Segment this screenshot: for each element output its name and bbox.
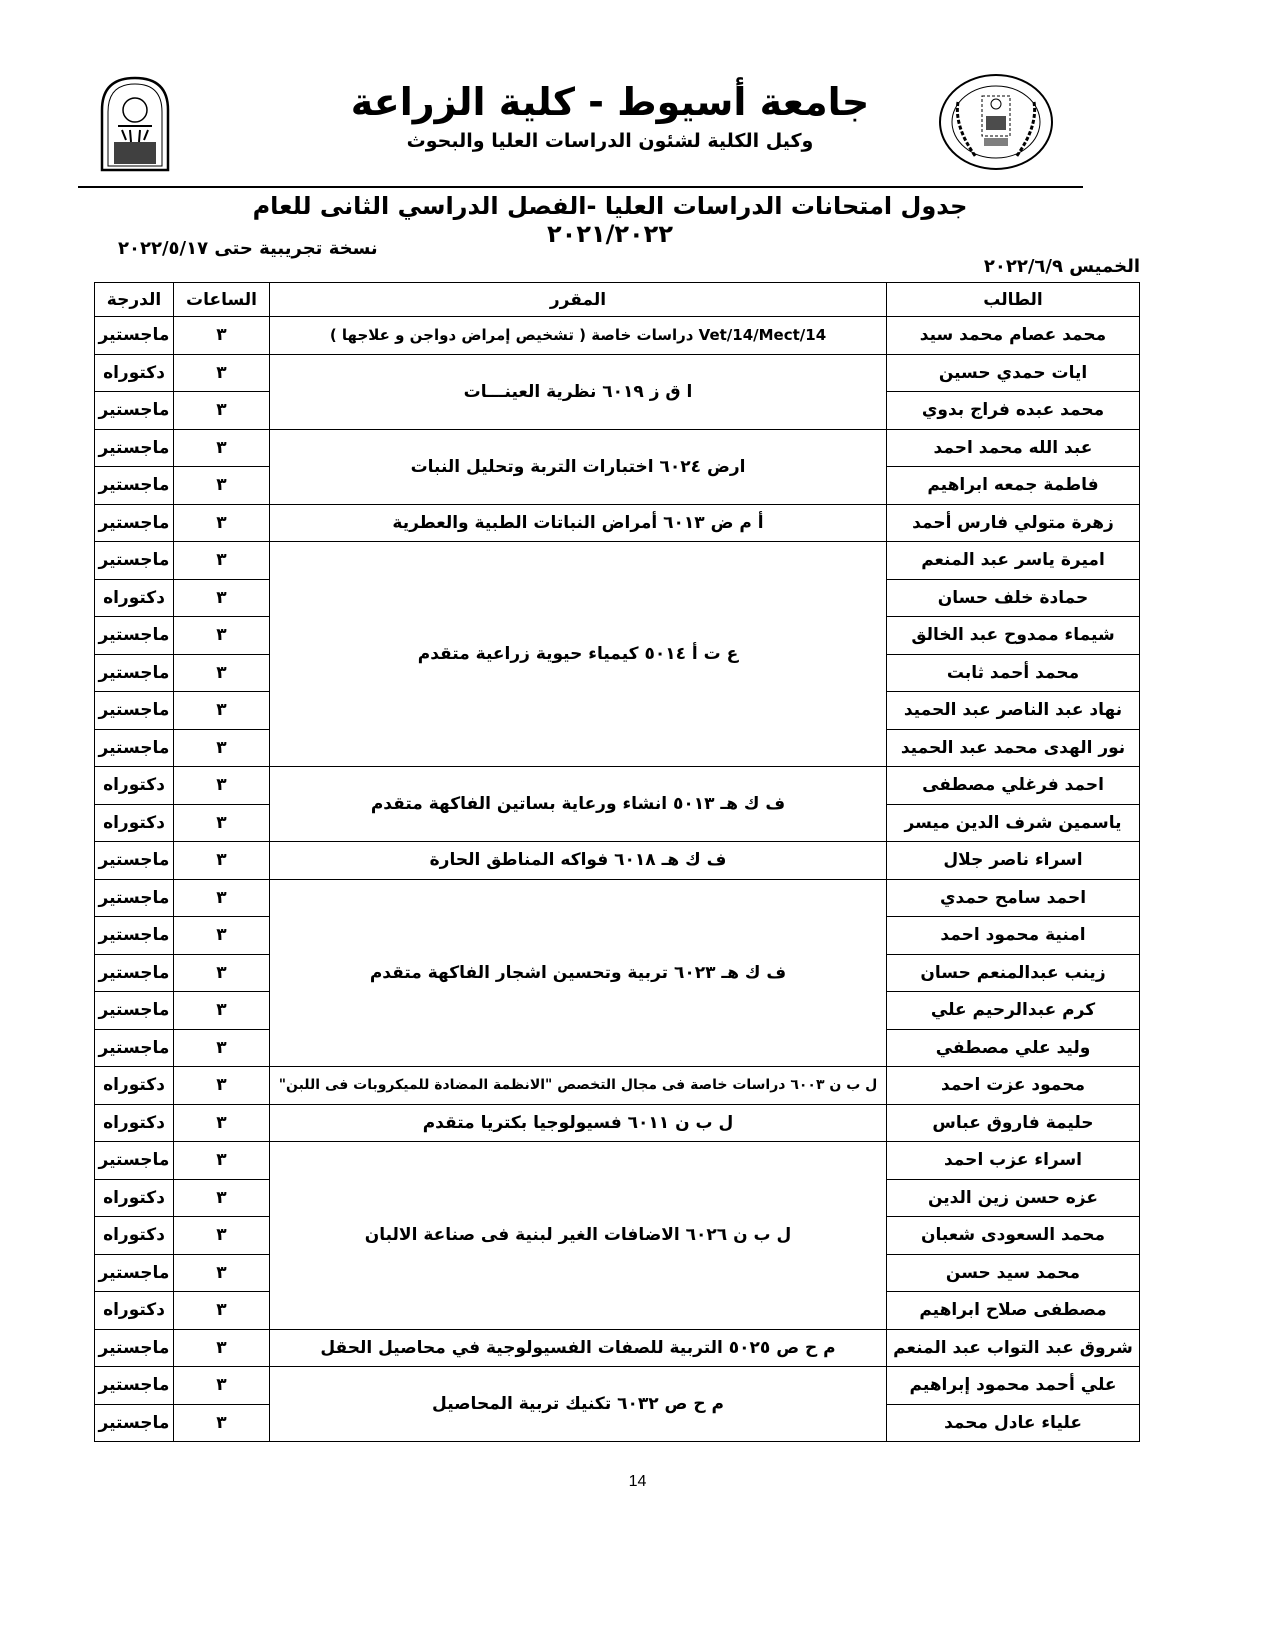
university-logo <box>98 74 172 172</box>
table-row: علي أحمد محمود إبراهيم م ح ص ٦٠٣٢ تكنيك … <box>95 1367 1140 1405</box>
table-row: محمد عصام محمد سيد Vet/14/Mect/14 دراسات… <box>95 317 1140 355</box>
degree: ماجستير <box>95 429 174 467</box>
student-name: علياء عادل محمد <box>887 1404 1140 1442</box>
exam-schedule-table: الطالب المقرر الساعات الدرجة محمد عصام م… <box>94 282 1140 1442</box>
table-row: احمد فرغلي مصطفى ف ك هـ ٥٠١٣ انشاء ورعاي… <box>95 767 1140 805</box>
student-name: زينب عبدالمنعم حسان <box>887 954 1140 992</box>
hours: ٣ <box>174 1367 270 1405</box>
student-name: اميرة ياسر عبد المنعم <box>887 542 1140 580</box>
table-row: اسراء ناصر جلال ف ك هـ ٦٠١٨ فواكه المناط… <box>95 842 1140 880</box>
table-row: اميرة ياسر عبد المنعم ع ت أ ٥٠١٤ كيمياء … <box>95 542 1140 580</box>
student-name: شروق عبد التواب عبد المنعم <box>887 1329 1140 1367</box>
hours: ٣ <box>174 392 270 430</box>
student-name: عبد الله محمد احمد <box>887 429 1140 467</box>
degree: ماجستير <box>95 654 174 692</box>
hours: ٣ <box>174 729 270 767</box>
table-row: ايات حمدي حسين ا ق ز ٦٠١٩ نظرية العينـــ… <box>95 354 1140 392</box>
student-name: محمد عصام محمد سيد <box>887 317 1140 355</box>
student-name: حمادة خلف حسان <box>887 579 1140 617</box>
office-subtitle: وكيل الكلية لشئون الدراسات العليا والبحو… <box>300 130 920 152</box>
hours: ٣ <box>174 1104 270 1142</box>
hours: ٣ <box>174 354 270 392</box>
course-name: م ح ص ٥٠٢٥ التربية للصفات الفسيولوجية في… <box>270 1329 887 1367</box>
course-name: Vet/14/Mect/14 دراسات خاصة ( تشخيص إمراض… <box>270 317 887 355</box>
degree: ماجستير <box>95 1254 174 1292</box>
table-header-row: الطالب المقرر الساعات الدرجة <box>95 283 1140 317</box>
hours: ٣ <box>174 692 270 730</box>
student-name: زهرة متولي فارس أحمد <box>887 504 1140 542</box>
hours: ٣ <box>174 804 270 842</box>
degree: دكتوراه <box>95 767 174 805</box>
course-name: ع ت أ ٥٠١٤ كيمياء حيوية زراعية متقدم <box>270 542 887 767</box>
student-name: ايات حمدي حسين <box>887 354 1140 392</box>
table-row: عبد الله محمد احمد ارض ٦٠٢٤ اختبارات الت… <box>95 429 1140 467</box>
draft-note: نسخة تجريبية حتى ٢٠٢٢/٥/١٧ <box>118 238 378 259</box>
hours: ٣ <box>174 617 270 655</box>
hours: ٣ <box>174 504 270 542</box>
table-row: زهرة متولي فارس أحمد أ م ض ٦٠١٣ أمراض ال… <box>95 504 1140 542</box>
header-student: الطالب <box>887 283 1140 317</box>
hours: ٣ <box>174 467 270 505</box>
degree: ماجستير <box>95 954 174 992</box>
student-name: نهاد عبد الناصر عبد الحميد <box>887 692 1140 730</box>
course-name: ف ك هـ ٦٠٢٣ تربية وتحسين اشجار الفاكهة م… <box>270 879 887 1067</box>
exam-date: الخميس ٢٠٢٢/٦/٩ <box>984 256 1140 277</box>
degree: ماجستير <box>95 692 174 730</box>
degree: دكتوراه <box>95 354 174 392</box>
degree: دكتوراه <box>95 579 174 617</box>
hours: ٣ <box>174 1329 270 1367</box>
student-name: ياسمين شرف الدين ميسر <box>887 804 1140 842</box>
degree: ماجستير <box>95 917 174 955</box>
hours: ٣ <box>174 842 270 880</box>
student-name: محمد عبده فراج بدوي <box>887 392 1140 430</box>
course-name: ف ك هـ ٥٠١٣ انشاء ورعاية بساتين الفاكهة … <box>270 767 887 842</box>
hours: ٣ <box>174 992 270 1030</box>
student-name: اسراء ناصر جلال <box>887 842 1140 880</box>
header-course: المقرر <box>270 283 887 317</box>
course-name: ل ب ن ٦٠١١ فسيولوجيا بكتريا متقدم <box>270 1104 887 1142</box>
student-name: وليد علي مصطفي <box>887 1029 1140 1067</box>
degree: دكتوراه <box>95 804 174 842</box>
degree: ماجستير <box>95 729 174 767</box>
hours: ٣ <box>174 1404 270 1442</box>
course-name: أ م ض ٦٠١٣ أمراض النباتات الطبية والعطري… <box>270 504 887 542</box>
student-name: مصطفى صلاح ابراهيم <box>887 1292 1140 1330</box>
student-name: نور الهدى محمد عبد الحميد <box>887 729 1140 767</box>
hours: ٣ <box>174 1292 270 1330</box>
degree: ماجستير <box>95 392 174 430</box>
faculty-seal-logo <box>936 72 1056 172</box>
degree: ماجستير <box>95 879 174 917</box>
degree: دكتوراه <box>95 1217 174 1255</box>
student-name: احمد فرغلي مصطفى <box>887 767 1140 805</box>
hours: ٣ <box>174 1254 270 1292</box>
university-title: جامعة أسيوط - كلية الزراعة <box>300 80 920 124</box>
degree: ماجستير <box>95 1029 174 1067</box>
hours: ٣ <box>174 542 270 580</box>
header-divider <box>78 186 1083 188</box>
degree: دكتوراه <box>95 1067 174 1105</box>
course-name: م ح ص ٦٠٣٢ تكنيك تربية المحاصيل <box>270 1367 887 1442</box>
degree: ماجستير <box>95 1142 174 1180</box>
degree: ماجستير <box>95 1404 174 1442</box>
student-name: فاطمة جمعه ابراهيم <box>887 467 1140 505</box>
student-name: محمد أحمد ثابت <box>887 654 1140 692</box>
student-name: امنية محمود احمد <box>887 917 1140 955</box>
degree: ماجستير <box>95 1367 174 1405</box>
table-row: اسراء عزب احمد ل ب ن ٦٠٢٦ الاضافات الغير… <box>95 1142 1140 1180</box>
course-name: ارض ٦٠٢٤ اختبارات التربة وتحليل النبات <box>270 429 887 504</box>
course-name: ا ق ز ٦٠١٩ نظرية العينـــات <box>270 354 887 429</box>
degree: ماجستير <box>95 842 174 880</box>
hours: ٣ <box>174 579 270 617</box>
student-name: حليمة فاروق عباس <box>887 1104 1140 1142</box>
student-name: اسراء عزب احمد <box>887 1142 1140 1180</box>
student-name: شيماء ممدوح عبد الخالق <box>887 617 1140 655</box>
degree: ماجستير <box>95 467 174 505</box>
student-name: احمد سامح حمدي <box>887 879 1140 917</box>
course-name: ل ب ن ٦٠٠٣ دراسات خاصة فى مجال التخصص "ا… <box>270 1067 887 1105</box>
table-row: حليمة فاروق عباس ل ب ن ٦٠١١ فسيولوجيا بك… <box>95 1104 1140 1142</box>
header-degree: الدرجة <box>95 283 174 317</box>
course-name: ف ك هـ ٦٠١٨ فواكه المناطق الحارة <box>270 842 887 880</box>
hours: ٣ <box>174 1217 270 1255</box>
student-name: محمد سيد حسن <box>887 1254 1140 1292</box>
page-number: 14 <box>0 1473 1275 1491</box>
hours: ٣ <box>174 767 270 805</box>
student-name: محمود عزت احمد <box>887 1067 1140 1105</box>
student-name: كرم عبدالرحيم علي <box>887 992 1140 1030</box>
hours: ٣ <box>174 429 270 467</box>
hours: ٣ <box>174 1067 270 1105</box>
hours: ٣ <box>174 954 270 992</box>
table-row: محمود عزت احمد ل ب ن ٦٠٠٣ دراسات خاصة فى… <box>95 1067 1140 1105</box>
hours: ٣ <box>174 1142 270 1180</box>
table-row: احمد سامح حمدي ف ك هـ ٦٠٢٣ تربية وتحسين … <box>95 879 1140 917</box>
degree: ماجستير <box>95 317 174 355</box>
degree: ماجستير <box>95 1329 174 1367</box>
degree: دكتوراه <box>95 1179 174 1217</box>
hours: ٣ <box>174 1029 270 1067</box>
hours: ٣ <box>174 654 270 692</box>
degree: دكتوراه <box>95 1104 174 1142</box>
table-row: شروق عبد التواب عبد المنعم م ح ص ٥٠٢٥ ال… <box>95 1329 1140 1367</box>
student-name: علي أحمد محمود إبراهيم <box>887 1367 1140 1405</box>
student-name: محمد السعودى شعبان <box>887 1217 1140 1255</box>
header-hours: الساعات <box>174 283 270 317</box>
degree: ماجستير <box>95 504 174 542</box>
hours: ٣ <box>174 879 270 917</box>
course-name: ل ب ن ٦٠٢٦ الاضافات الغير لبنية فى صناعة… <box>270 1142 887 1330</box>
student-name: عزه حسن زين الدين <box>887 1179 1140 1217</box>
hours: ٣ <box>174 317 270 355</box>
table-body: محمد عصام محمد سيد Vet/14/Mect/14 دراسات… <box>95 317 1140 1442</box>
degree: دكتوراه <box>95 1292 174 1330</box>
degree: ماجستير <box>95 992 174 1030</box>
hours: ٣ <box>174 1179 270 1217</box>
hours: ٣ <box>174 917 270 955</box>
degree: ماجستير <box>95 617 174 655</box>
degree: ماجستير <box>95 542 174 580</box>
